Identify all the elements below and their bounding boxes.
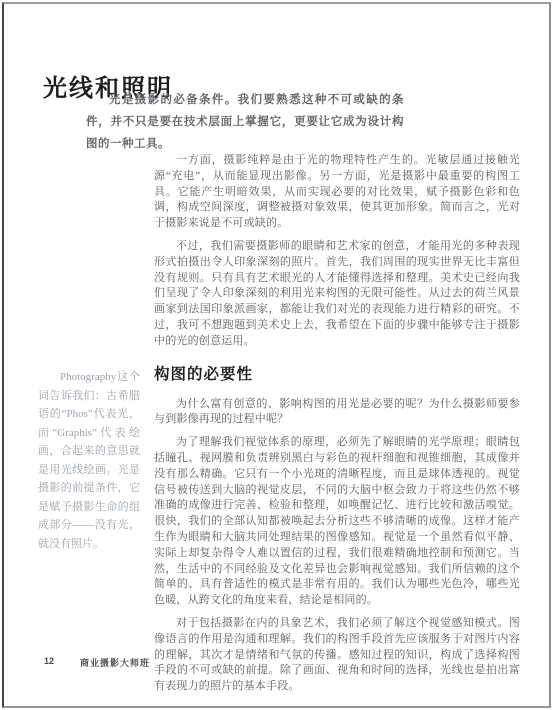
body-paragraph: 不过，我们需要摄影师的眼睛和艺术家的创意，才能用光的多种表现形式拍摄出令人印象深… [154,239,520,350]
page: 光线和照明 光是摄影的必备条件。我们要熟悉这种不可或缺的条件，并不只是要在技术层… [2,2,551,708]
body-paragraph: 一方面，摄影纯粹是由于光的物理特性产生的。光敏层通过接触光源“充电”，从而能显现… [154,153,520,232]
sidebar-margin-note: Photography这个词告诉我们：古希腊语的“Phos”代表光，而“Grap… [38,368,140,553]
book-title: 商业摄影大师班 [80,656,150,669]
book-page-screenshot: 光线和照明 光是摄影的必备条件。我们要熟悉这种不可或缺的条件，并不只是要在技术层… [0,0,553,710]
page-footer: 12 商业摄影大师班 [4,656,549,672]
body-paragraph: 为了理解我们视觉体系的原理，必须先了解眼睛的光学原理；眼睛包括瞳孔、视网膜和负责… [154,435,520,609]
body-paragraph: 为什么富有创意的、影响构图的用光是必要的呢？为什么摄影师要参与到影像再现的过程中… [154,397,520,429]
main-text-column: 一方面，摄影纯粹是由于光的物理特性产生的。光敏层通过接触光源“充电”，从而能显现… [154,153,520,702]
page-number: 12 [44,656,54,666]
section-heading: 构图的必要性 [154,365,520,385]
intro-paragraph: 光是摄影的必备条件。我们要熟悉这种不可或缺的条件，并不只是要在技术层面上掌握它，… [86,89,404,155]
